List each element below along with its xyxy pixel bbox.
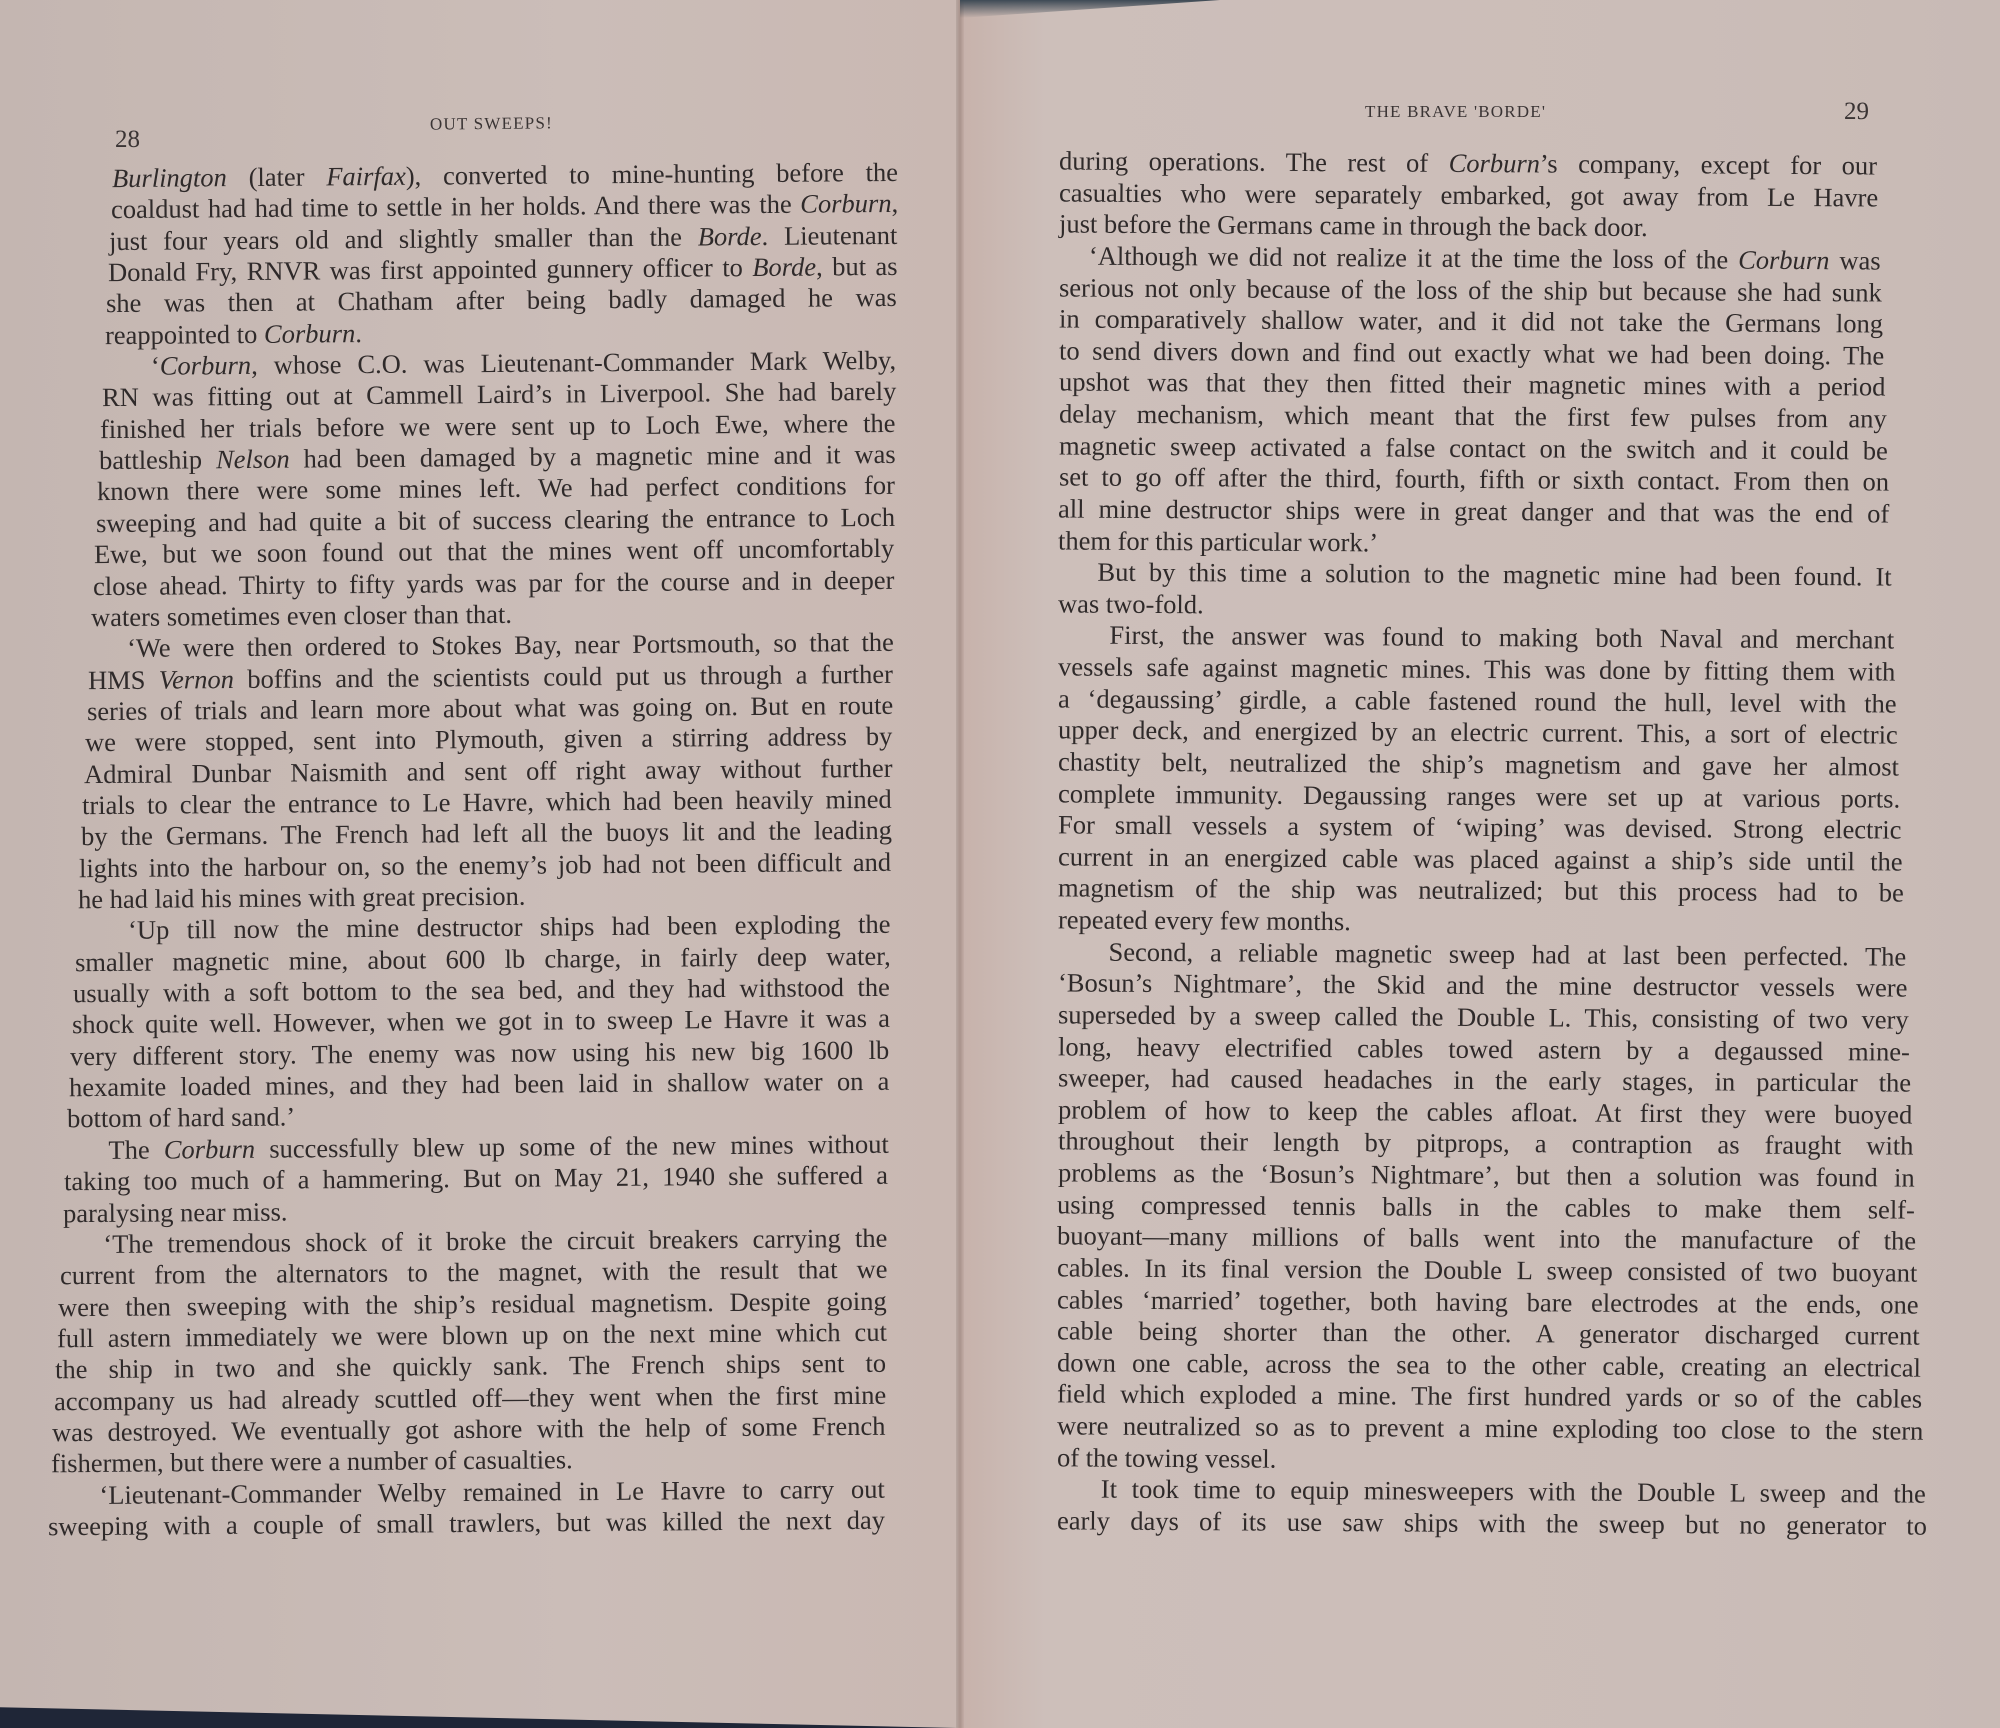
text-line: just before the Germans came in through …	[1059, 209, 1880, 244]
text-line: waters sometimes even closer than that.	[91, 596, 894, 632]
text-line: chastity belt, neutralized the ship’s ma…	[1058, 746, 1899, 781]
text-line: Second, a reliable magnetic sweep had at…	[1058, 936, 1906, 971]
text-line: repeated every few months.	[1058, 904, 1905, 939]
text-line: ‘Up till now the mine destructor ships h…	[76, 909, 891, 945]
text-line: serious not only because of the loss of …	[1059, 272, 1882, 307]
text-line: ‘Lieutenant-Commander Welby remained in …	[49, 1473, 885, 1510]
text-line: buoyant—many millions of balls went into…	[1057, 1221, 1916, 1256]
running-head: OUT SWEEPS!	[430, 113, 553, 134]
text-line: cables. In its final version the Double …	[1057, 1252, 1917, 1287]
text-line: trials to clear the entrance to Le Havre…	[82, 784, 892, 820]
text-line: them for this particular work.’	[1058, 525, 1891, 560]
text-line: cable being shorter than the other. A ge…	[1057, 1316, 1920, 1351]
text-line: early days of its use saw ships with the…	[1057, 1505, 1927, 1540]
text-line: long, heavy electrified cables towed ast…	[1058, 1031, 1910, 1066]
page-number: 28	[115, 126, 140, 154]
text-line: throughout their length by pitprops, a c…	[1057, 1126, 1913, 1161]
right-page: THE BRAVE 'BORDE' 29 during operations. …	[962, 0, 2000, 1728]
text-line: vessels safe against magnetic mines. Thi…	[1058, 651, 1896, 686]
text-line: paralysing near miss.	[63, 1191, 888, 1227]
text-line: problems as the ‘Bosun’s Nightmare’, but…	[1057, 1157, 1914, 1192]
text-line: magnetism of the ship was neutralized; b…	[1058, 873, 1904, 908]
text-line: ‘The tremendous shock of it broke the ci…	[61, 1223, 888, 1259]
text-line: down one cable, across the sea to the ot…	[1057, 1347, 1921, 1382]
text-line: finished her trials before we were sent …	[100, 408, 896, 444]
text-line: she was then at Chatham after being badl…	[106, 282, 897, 318]
text-line: were then sweeping with the ship’s resid…	[58, 1285, 887, 1322]
text-line: full astern immediately we were blown up…	[57, 1317, 887, 1354]
running-head: THE BRAVE 'BORDE'	[1365, 102, 1546, 122]
text-line: cables ‘married’ together, both having b…	[1057, 1284, 1919, 1319]
text-line: shock quite well. However, when we got i…	[72, 1003, 890, 1039]
text-line: First, the answer was found to making bo…	[1058, 620, 1894, 655]
text-line: problem of how to keep the cables afloat…	[1058, 1094, 1912, 1129]
page-number: 29	[1844, 98, 1869, 126]
text-line: For small vessels a system of ‘wiping’ w…	[1058, 810, 1902, 845]
text-line: Ewe, but we soon found out that the mine…	[94, 533, 894, 569]
text-line: ‘We were then ordered to Stokes Bay, nea…	[90, 627, 894, 663]
text-line: field which exploded a mine. The first h…	[1057, 1379, 1922, 1414]
text-line: taking too much of a hammering. But on M…	[64, 1160, 888, 1196]
text-line: very different story. The enemy was now …	[70, 1035, 889, 1071]
text-line: just four years old and slightly smaller…	[109, 220, 898, 256]
text-line: during operations. The rest of Corburn’s…	[1059, 146, 1877, 181]
text-line: was two-fold.	[1058, 588, 1893, 623]
text-line: upshot was that they then fitted their m…	[1059, 367, 1886, 402]
text-line: to send divers down and find out exactly…	[1059, 335, 1884, 370]
left-page: 28 OUT SWEEPS! Burlington (later Fairfax…	[0, 0, 958, 1728]
text-line: sweeping and had quite a bit of success …	[96, 502, 895, 538]
text-line: set to go off after the third, fourth, f…	[1058, 462, 1888, 497]
text-line: It took time to equip minesweepers with …	[1057, 1474, 1926, 1509]
text-line: delay mechanism, which meant that the fi…	[1059, 398, 1887, 433]
text-line: by the Germans. The French had left all …	[81, 815, 892, 851]
text-line: But by this time a solution to the magne…	[1058, 557, 1892, 592]
text-line: smaller magnetic mine, about 600 lb char…	[75, 941, 891, 977]
text-line: bottom of hard sand.’	[67, 1097, 889, 1133]
text-line: casualties who were separately embarked,…	[1059, 177, 1878, 212]
text-line: we were stopped, sent into Plymouth, giv…	[85, 721, 893, 757]
text-line: sweeper, had caused headaches in the ear…	[1058, 1063, 1911, 1098]
text-line: magnetic sweep activated a false contact…	[1058, 430, 1887, 465]
text-line: the ship in two and she quickly sank. Th…	[55, 1348, 886, 1385]
text-line: a ‘degaussing’ girdle, a cable fastened …	[1058, 683, 1897, 718]
book-gutter	[956, 0, 964, 1728]
text-line: current in an energized cable was placed…	[1058, 841, 1903, 876]
text-line: RN was fitting out at Cammell Laird’s in…	[101, 376, 896, 412]
text-line: accompany us had already scuttled off—th…	[54, 1379, 886, 1416]
text-line: known there were some mines left. We had…	[97, 470, 895, 506]
text-line: sweeping with a couple of small trawlers…	[48, 1505, 885, 1542]
text-line: were neutralized so as to prevent a mine…	[1057, 1410, 1924, 1445]
text-line: HMS Vernon boffins and the scientists co…	[88, 658, 893, 694]
text-line: Burlington (later Fairfax), converted to…	[112, 157, 898, 193]
text-line: Admiral Dunbar Naismith and sent off rig…	[84, 752, 893, 788]
text-line: complete immunity. Degaussing ranges wer…	[1058, 778, 1900, 813]
text-line: of the towing vessel.	[1057, 1442, 1925, 1477]
text-line: superseded by a sweep called the Double …	[1058, 999, 1909, 1034]
text-line: ‘Bosun’s Nightmare’, the Skid and the mi…	[1058, 968, 1908, 1003]
text-line: series of trials and learn more about wh…	[87, 690, 893, 726]
text-line: ‘Although we did not realize it at the t…	[1059, 240, 1881, 275]
text-line: Donald Fry, RNVR was first appointed gun…	[107, 251, 897, 287]
text-line: lights into the harbour on, so the enemy…	[79, 846, 891, 882]
text-line: current from the alternators to the magn…	[60, 1254, 888, 1290]
text-line: using compressed tennis balls in the cab…	[1057, 1189, 1915, 1224]
text-line: The Corburn successfully blew up some of…	[66, 1129, 889, 1165]
text-line: coaldust had had time to settle in her h…	[110, 188, 897, 224]
text-line: close ahead. Thirty to fifty yards was p…	[93, 564, 895, 600]
text-line: fishermen, but there were a number of ca…	[51, 1442, 886, 1479]
text-line: ‘Corburn, whose C.O. was Lieutenant-Comm…	[103, 345, 896, 381]
text-line: in comparatively shallow water, and it d…	[1059, 304, 1883, 339]
text-line: all mine destructor ships were in great …	[1058, 493, 1889, 528]
text-line: upper deck, and energized by an electric…	[1058, 715, 1898, 750]
text-line: reappointed to Corburn.	[104, 314, 896, 350]
